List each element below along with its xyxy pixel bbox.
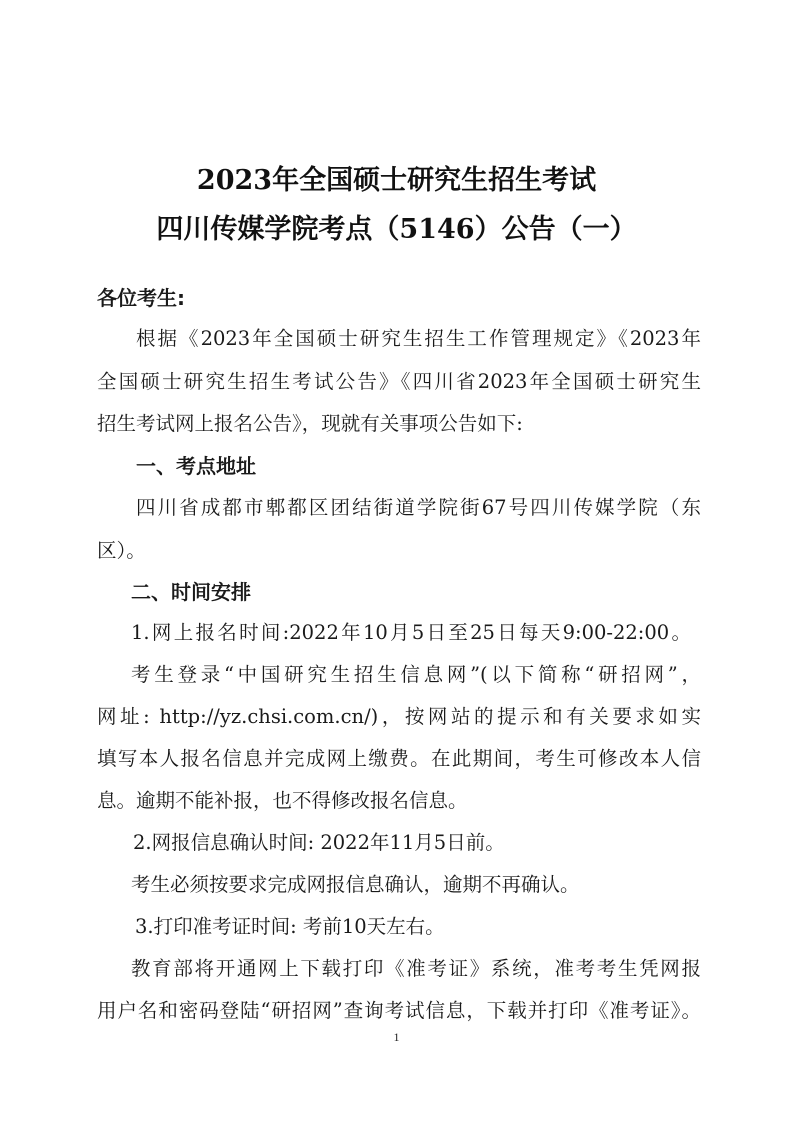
intro-line: 全国硕士研究生招生考试公告》《四川省2023年全国硕士研究生 — [97, 366, 701, 394]
schedule-item-2-title: 2.网报信息确认时间: 2022年11月5日前。 — [133, 827, 737, 855]
document-title-line1: 2023年全国硕士研究生招生考试 — [0, 158, 793, 197]
schedule-item-3-line: 用户名和密码登陆“研招网”查询考试信息，下载并打印《准考证》。 — [97, 995, 701, 1023]
section-heading-address: 一、考点地址 — [136, 450, 740, 479]
schedule-item-1-line: 填写本人报名信息并完成网上缴费。在此期间，考生可修改本人信 — [97, 743, 701, 771]
schedule-item-2-line: 考生必须按要求完成网报信息确认，逾期不再确认。 — [131, 869, 735, 897]
section-heading-schedule: 二、时间安排 — [131, 576, 735, 605]
document-page: 2023年全国硕士研究生招生考试 四川传媒学院考点（5146）公告（一） 各位考… — [0, 0, 793, 1122]
intro-line: 招生考试网上报名公告》，现就有关事项公告如下: — [97, 408, 701, 436]
schedule-item-3-title: 3.打印准考证时间: 考前10天左右。 — [135, 911, 739, 939]
address-line: 四川省成都市郫都区团结街道学院街67号四川传媒学院（东 — [136, 492, 701, 520]
salutation: 各位考生: — [97, 282, 701, 311]
document-title-line2: 四川传媒学院考点（5146）公告（一） — [0, 207, 793, 246]
page-number: 1 — [0, 1030, 793, 1045]
address-line: 区）。 — [97, 535, 701, 563]
intro-line: 根据《2023年全国硕士研究生招生工作管理规定》《2023年 — [136, 323, 701, 351]
schedule-item-1-line: 息。逾期不能补报，也不得修改报名信息。 — [97, 785, 701, 813]
schedule-item-3-line: 教育部将开通网上下载打印《准考证》系统，准考考生凭网报 — [131, 953, 701, 981]
schedule-item-1-line: 网址: http://yz.chsi.com.cn/)，按网站的提示和有关要求如… — [97, 701, 701, 729]
schedule-item-1-line: 考生登录“中国研究生招生信息网”(以下简称“研招网”， — [131, 659, 701, 687]
schedule-item-1-title: 1.网上报名时间:2022年10月5日至25日每天9:00-22:00。 — [131, 617, 691, 645]
